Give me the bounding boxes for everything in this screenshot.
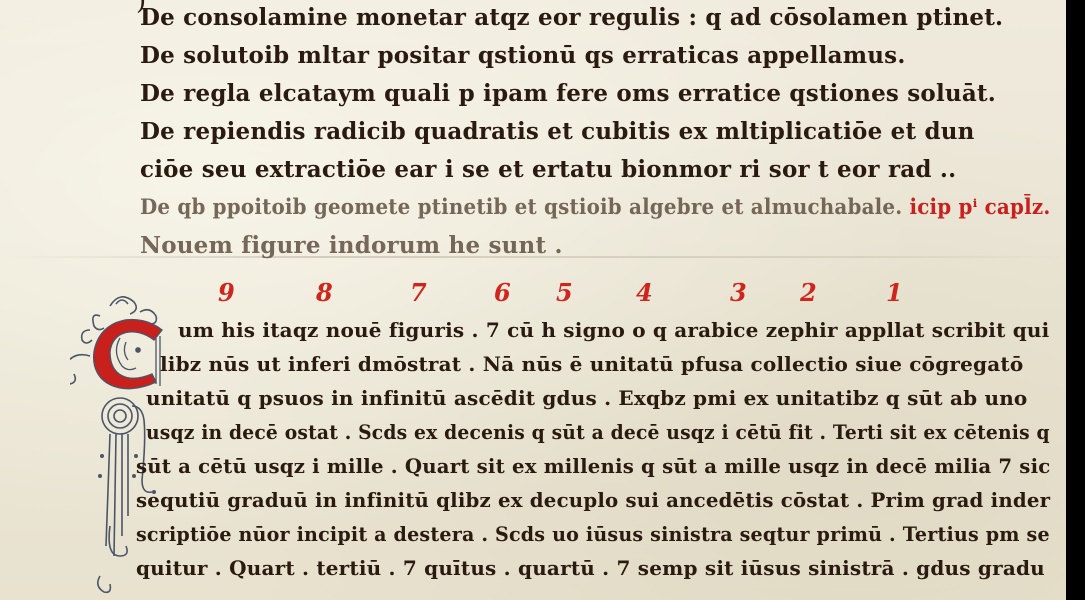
numeral-1: 1 — [886, 278, 903, 307]
numeral-6: 6 — [494, 278, 511, 307]
body-line-5: sūt a cētū usqz i mille . Quart sit ex m… — [136, 454, 1050, 478]
numeral-3: 3 — [730, 278, 747, 307]
body-line-3: unitatū q psuos in infinitū ascēdit gdus… — [146, 386, 1027, 410]
body-line-4: usqz in decē ostat . Scds ex decenis q s… — [146, 420, 1050, 444]
rubric-incipit: icip pⁱ capl̄z. — [909, 194, 1050, 219]
manuscript-page: ) De consolamine monetar atqz eor reguli… — [0, 0, 1066, 600]
body-line-7: scriptiōe nūor incipit a destera . Scds … — [136, 522, 1050, 546]
numeral-7: 7 — [410, 278, 427, 307]
body-line-6: sequtiū graduū in infinitū qlibz ex decu… — [136, 488, 1050, 512]
body-line-1: um his itaqz nouē figuris . 7 cū h signo… — [178, 318, 1049, 342]
numeral-5: 5 — [556, 278, 573, 307]
chapter-line-1: De consolamine monetar atqz eor regulis … — [140, 4, 1003, 31]
chapter-line-3: De regla elcataym quali p ipam fere oms … — [140, 80, 996, 107]
chapter-line-6: De qb ppoitoib geomete ptinetib et qstio… — [140, 194, 1050, 219]
scan-border — [1066, 0, 1085, 600]
numeral-2: 2 — [800, 278, 817, 307]
numeral-8: 8 — [316, 278, 333, 307]
chapter-line-2: De solutoib mltar positar qstionū qs err… — [140, 42, 906, 69]
numeral-9: 9 — [218, 278, 235, 307]
chapter-line-7: Nouem figure indorum he sunt . — [140, 232, 563, 259]
chapter-line-4: De repiendis radicib quadratis et cubiti… — [140, 118, 975, 145]
body-line-8: quitur . Quart . tertiū . 7 quītus . qua… — [136, 556, 1045, 580]
chapter-line-6-text: De qb ppoitoib geomete ptinetib et qstio… — [140, 194, 902, 219]
chapter-line-5: ciōe seu extractiōe ear i se et ertatu b… — [140, 156, 956, 183]
numeral-4: 4 — [636, 278, 653, 307]
body-line-2: libz nūs ut inferi dmōstrat . Nā nūs ē u… — [160, 352, 1023, 376]
